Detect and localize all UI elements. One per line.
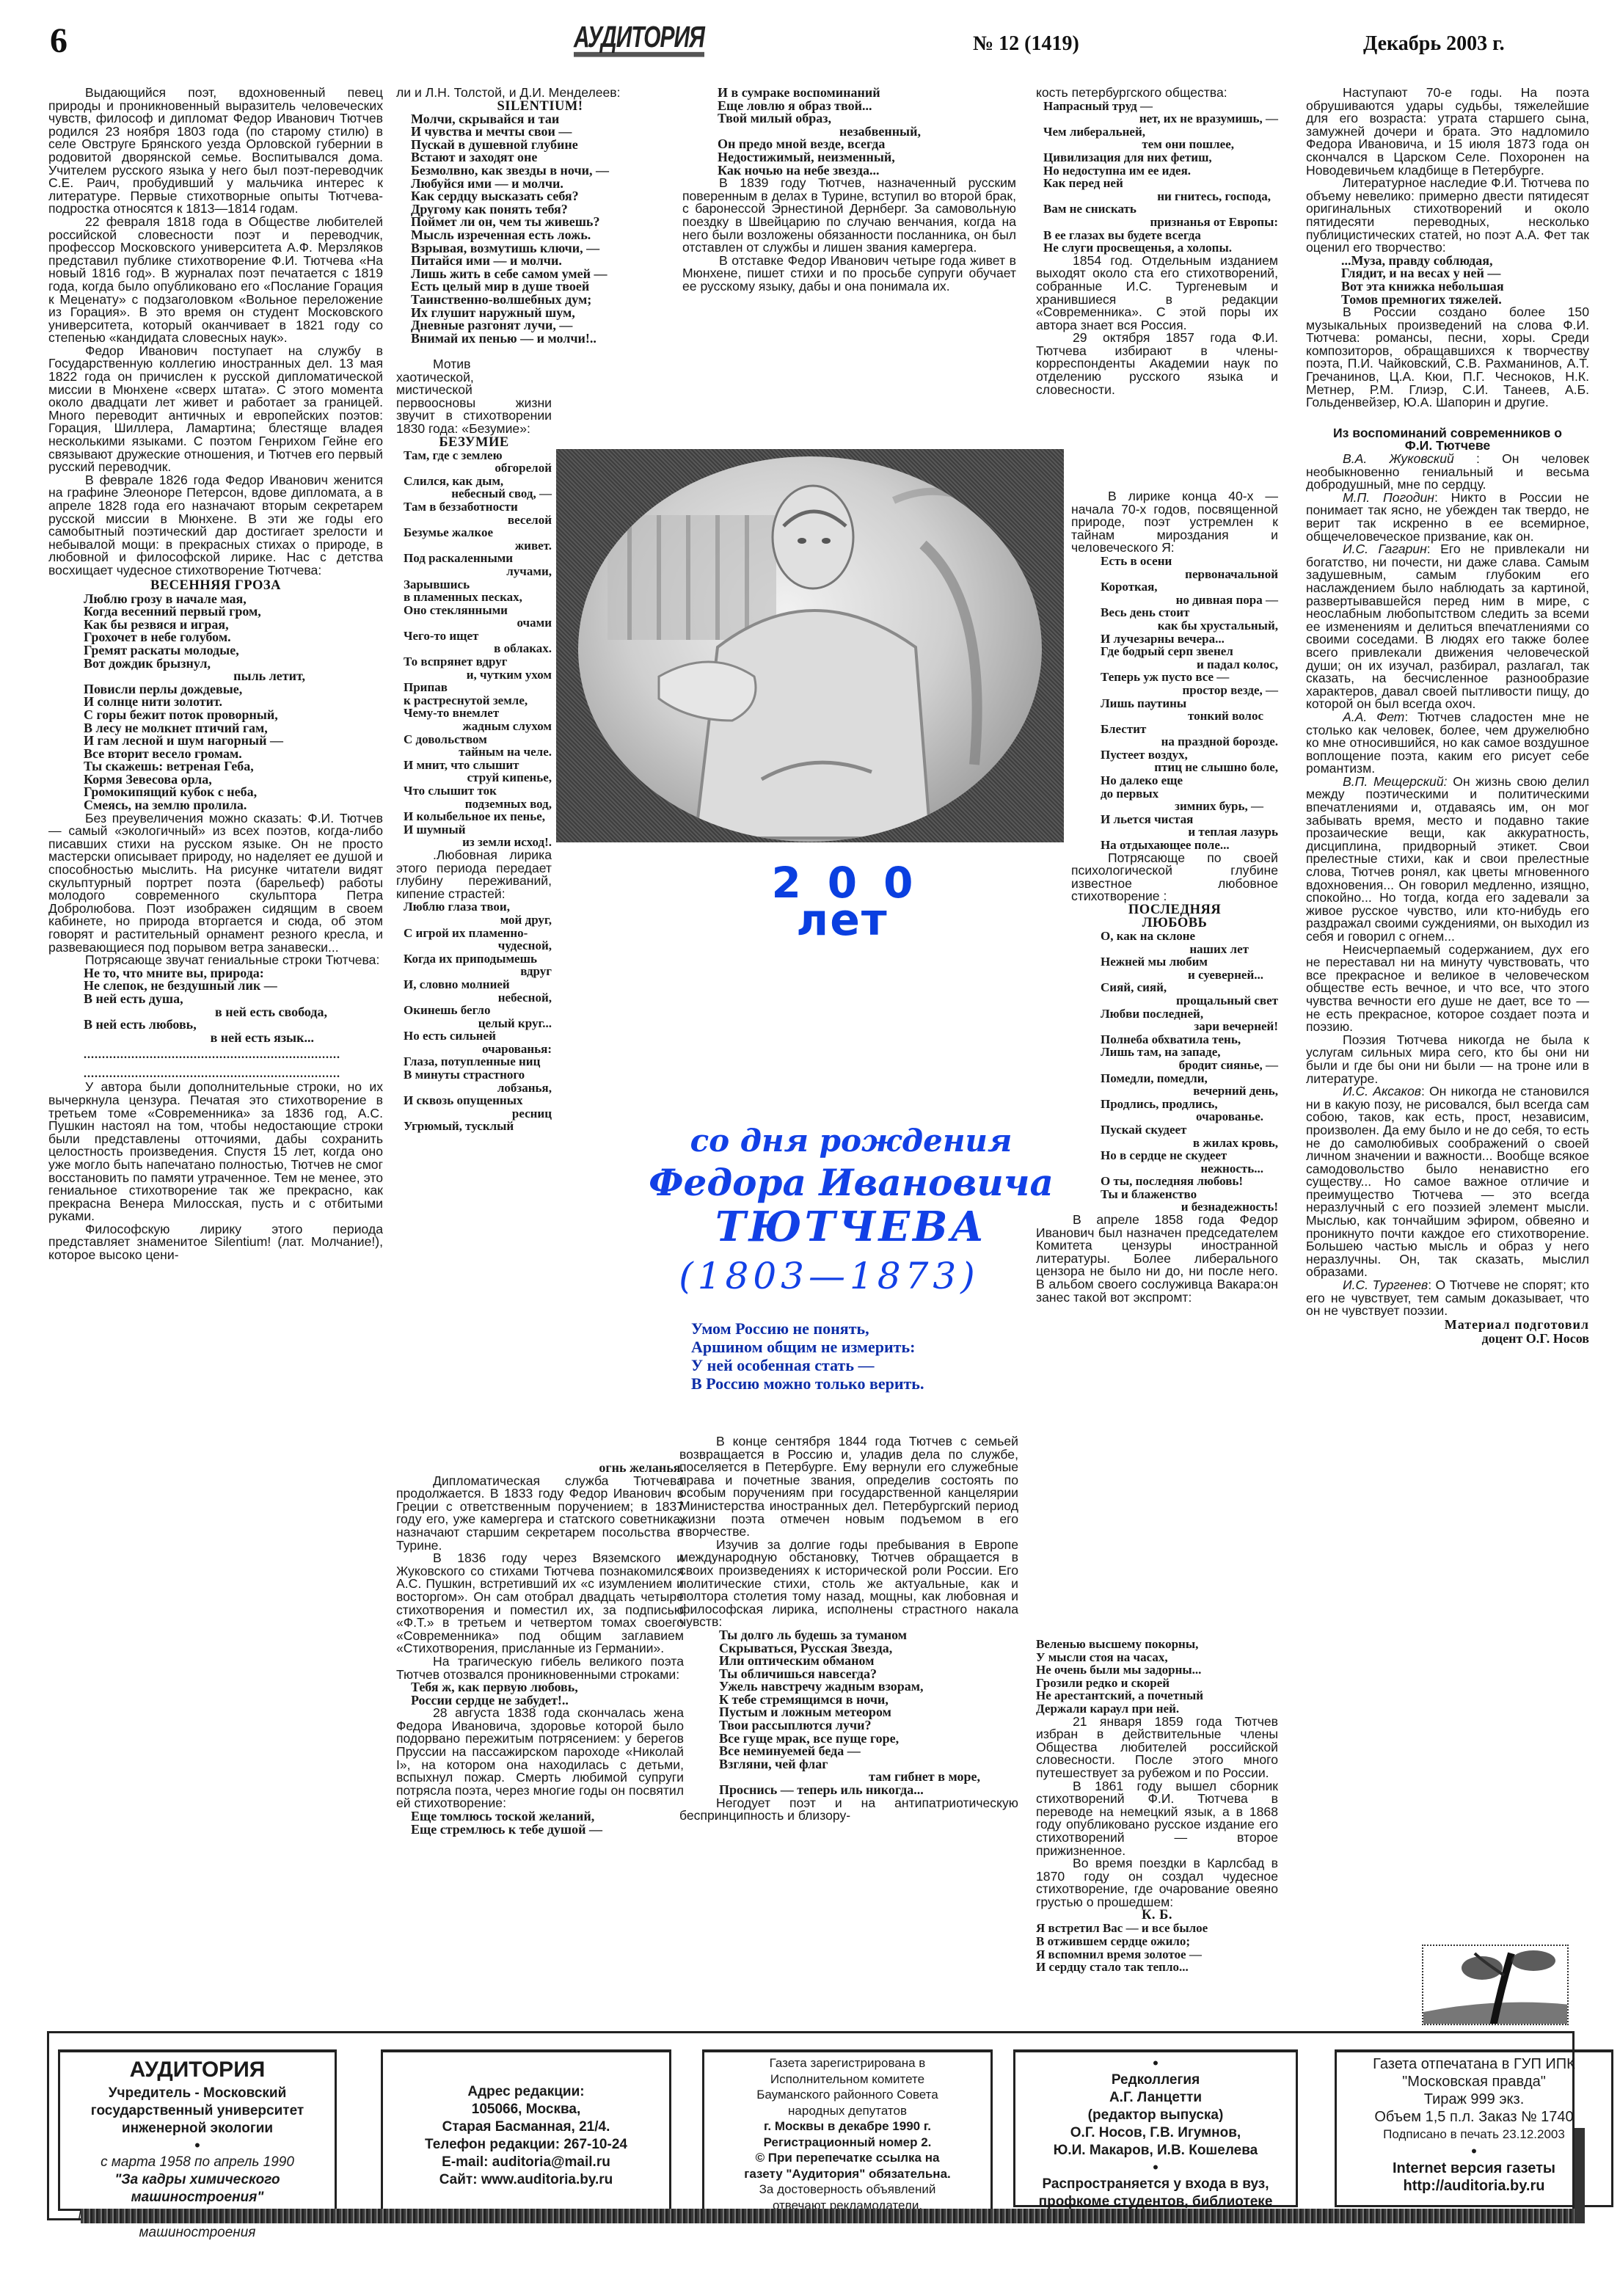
poem-spring-storm: Люблю грозу в начале мая, Когда весенний… xyxy=(48,593,335,812)
imprint-editorial-board: • Редколлегия А.Г. Ланцетти (редактор вы… xyxy=(1013,2049,1298,2207)
column-2-lower: огнь желанья. Дипломатическая служба Тют… xyxy=(396,1462,684,1836)
column-4-bottom: Веленью высшему покорны, У мысли стоя на… xyxy=(1036,1638,1278,1974)
medallion-icon xyxy=(578,456,1042,842)
memoir-turgenev: И.С. Тургенев: О Тютчеве не спорят; кто … xyxy=(1306,1279,1589,1318)
column-4: кость петербургского общества: Напрасный… xyxy=(1036,87,1278,396)
paragraph: Потрясающе по своей психологической глуб… xyxy=(1071,852,1278,903)
poem-love-eyes: Люблю глаза твои,мой друг, С игрой их пл… xyxy=(396,900,552,1133)
censored-dots: ........................................… xyxy=(48,1049,383,1062)
paragraph: Без преувеличения можно сказать: Ф.И. Тю… xyxy=(48,812,383,955)
column-3: И в сумраке воспоминаний Еще ловлю я обр… xyxy=(682,87,1016,294)
memoir-zhukovsky: В.А. Жуковский : Он человек необыкновенн… xyxy=(1306,453,1589,492)
column-4-lower: В лирике конца 40-х — начала 70-х годов,… xyxy=(1071,490,1278,1304)
paragraph: В феврале 1826 года Федор Иванович женит… xyxy=(48,474,383,577)
author-signature: Материал подготовил доцент О.Г. Носов xyxy=(1306,1318,1589,1346)
imprint-printing: Газета отпечатана в ГУП ИПК "Московская … xyxy=(1335,2049,1613,2207)
banner-years: (1803—1873) xyxy=(646,1256,1012,1296)
poem-title: БЕЗУМИЕ xyxy=(396,436,552,449)
paragraph: Наступают 70-е годы. На поэта обрушивают… xyxy=(1306,87,1589,177)
paragraph: 22 февраля 1818 года в Обществе любителе… xyxy=(48,216,383,345)
column-2-narrow: Мотив хаотической, мистической первоосно… xyxy=(396,358,552,1133)
poem-last-love: О, как на склоненаших лет Нежней мы люби… xyxy=(1071,930,1278,1214)
tree-illustration-icon xyxy=(1422,1945,1569,2025)
paragraph: 1854 год. Отдельным изданием выходят око… xyxy=(1036,255,1278,332)
paragraph: В лирике конца 40-х — начала 70-х годов,… xyxy=(1071,490,1278,555)
bas-relief-portrait-image xyxy=(556,449,1064,842)
website-link[interactable]: Сайт: www.auditoria.by.ru xyxy=(383,2171,669,2189)
imprint-registration: Газета зарегистрирована в Исполнительном… xyxy=(702,2049,993,2211)
paragraph: В 1836 году через Вяземского и Жуковског… xyxy=(396,1552,684,1655)
paragraph: Философскую лирику этого периода предста… xyxy=(48,1223,383,1262)
imprint-shadow xyxy=(81,2209,1577,2223)
memoir-meshchersky: В.П. Мещерский: Он жизнь свою делил межд… xyxy=(1306,776,1589,944)
imprint-publisher: АУДИТОРИЯ Учредитель - Московский госуда… xyxy=(58,2049,337,2211)
newspaper-logo: АУДИТОРИЯ xyxy=(574,25,704,57)
memoir-aksakov: И.С. Аксаков: Он никогда не становился н… xyxy=(1306,1085,1589,1279)
page-number: 6 xyxy=(50,21,67,61)
paragraph: Дипломатическая служба Тютчева продолжае… xyxy=(396,1475,684,1553)
paragraph: Выдающийся поэт, вдохновенный певец прир… xyxy=(48,87,383,216)
poem-fet: ...Муза, правду соблюдая, Глядит, и на в… xyxy=(1306,255,1589,306)
poem-title: ВЕСЕННЯЯ ГРОЗА xyxy=(48,579,383,592)
banner-line-3: ТЮТЧЕВА xyxy=(638,1205,1064,1249)
paragraph: 21 января 1859 года Тютчев избран в дейс… xyxy=(1036,1716,1278,1780)
paragraph: Литературное наследие Ф.И. Тютчева по об… xyxy=(1306,177,1589,255)
paragraph: .Любовная лирика этого периода передает … xyxy=(396,849,552,900)
paragraph: Федор Иванович поступает на службу в Гос… xyxy=(48,345,383,474)
paragraph: У автора были дополнительные строки, но … xyxy=(48,1081,383,1223)
anniversary-200-years: 200 лет xyxy=(710,862,974,937)
paragraph: В России создано более 150 музыкальных п… xyxy=(1306,306,1589,409)
poem-russian-star: Ты долго ль будешь за туманом Скрываться… xyxy=(679,1629,1002,1797)
paragraph: В 1839 году Тютчев, назначенный русским … xyxy=(682,177,1016,255)
poem-line: огнь желанья. xyxy=(396,1462,684,1475)
paragraph: 29 октября 1857 года Ф.И. Тютчева избира… xyxy=(1036,332,1278,396)
poem-wife: Еще томлюсь тоской желаний, Еще стремлюс… xyxy=(396,1810,684,1836)
paragraph: Во время поездки в Карлсбад в 1870 году … xyxy=(1036,1857,1278,1909)
imprint-address: Адрес редакции: 105066, Москва, Старая Б… xyxy=(381,2049,671,2211)
poem-autumn: Есть в осенипервоначальной Короткая,но д… xyxy=(1071,555,1278,852)
issue-number: № 12 (1419) xyxy=(973,32,1079,56)
russia-quote: Умом Россию не понять, Аршином общим не … xyxy=(691,1319,924,1393)
poem-title: ПОСЛЕДНЯЯ ЛЮБОВЬ xyxy=(1071,903,1278,930)
poem-silentium: Молчи, скрывайся и таи И чувства и мечты… xyxy=(396,113,684,346)
paragraph: Неисчерпаемый содержанием, дух его не пе… xyxy=(1306,944,1589,1034)
email-link[interactable]: E-mail: auditoria@mail.ru xyxy=(383,2154,669,2171)
paragraph: Поэзия Тютчева никогда не была к услугам… xyxy=(1306,1034,1589,1085)
banner-line-1: со дня рождения xyxy=(646,1124,1057,1158)
imprint-shadow xyxy=(1575,2128,1585,2223)
poem-impromptu: Веленью высшему покорны, У мысли стоя на… xyxy=(1036,1638,1278,1716)
poem-title: SILENTIUM! xyxy=(396,100,684,113)
memoirs-heading: Из воспоминаний современников о Ф.И. Тют… xyxy=(1306,427,1589,453)
column-1: Выдающийся поэт, вдохновенный певец прир… xyxy=(48,87,383,1262)
column-3-lower: В конце сентября 1844 года Тютчев с семь… xyxy=(679,1435,1018,1823)
paragraph: Мотив хаотической, мистической первоосно… xyxy=(396,358,552,436)
paragraph: В отставке Федор Иванович четыре года жи… xyxy=(682,255,1016,294)
banner-line-2: Федора Ивановича xyxy=(638,1164,1064,1202)
poem-bezumie: Там, где с землеюобгорелой Слился, как д… xyxy=(396,449,552,849)
poem-kb: Я встретил Вас — и все былое В отжившем … xyxy=(1036,1922,1278,1973)
paragraph: кость петербургского общества: xyxy=(1036,87,1278,100)
imprint-box: АУДИТОРИЯ Учредитель - Московский госуда… xyxy=(47,2031,1575,2220)
paragraph: В апреле 1858 года Федор Иванович был на… xyxy=(1036,1214,1278,1304)
internet-version-link[interactable]: http://auditoria.by.ru xyxy=(1337,2177,1611,2195)
poem-nature: Не то, что мните вы, природа: Не слепок,… xyxy=(48,967,335,1045)
poem-pushkin: Тебя ж, как первую любовь, России сердце… xyxy=(396,1681,684,1707)
paragraph: На трагическую гибель великого поэта Тют… xyxy=(396,1655,684,1681)
paragraph: ли и Л.Н. Толстой, и Д.И. Менделеев: xyxy=(396,87,684,100)
poem-title: К. Б. xyxy=(1036,1909,1278,1922)
column-5: Наступают 70-е годы. На поэта обрушивают… xyxy=(1306,87,1589,1346)
poem-wife-cont: И в сумраке воспоминаний Еще ловлю я обр… xyxy=(682,87,1016,177)
paragraph: 28 августа 1838 года скончалась жена Фед… xyxy=(396,1707,684,1810)
issue-date: Декабрь 2003 г. xyxy=(1363,32,1505,56)
paragraph: Негодует поэт и на антипатриотическую бе… xyxy=(679,1797,1018,1823)
memoir-pogodin: М.П. Погодин: Никто в России не понимает… xyxy=(1306,492,1589,543)
anniversary-word: лет xyxy=(710,903,974,937)
poem-liberal: Напрасный труд —нет, их не вразумишь, — … xyxy=(1036,100,1278,255)
memoir-gagarin: И.С. Гагарин: Его не привлекали ни богат… xyxy=(1306,543,1589,711)
column-2: ли и Л.Н. Толстой, и Д.И. Менделеев: SIL… xyxy=(396,87,684,345)
paragraph: В 1861 году вышел сборник стихотворений … xyxy=(1036,1780,1278,1858)
memoir-fet: А.А. Фет: Тютчев сладостен мне не стольк… xyxy=(1306,711,1589,776)
paragraph: Изучив за долгие годы пребывания в Европ… xyxy=(679,1539,1018,1629)
paragraph: В конце сентября 1844 года Тютчев с семь… xyxy=(679,1435,1018,1539)
